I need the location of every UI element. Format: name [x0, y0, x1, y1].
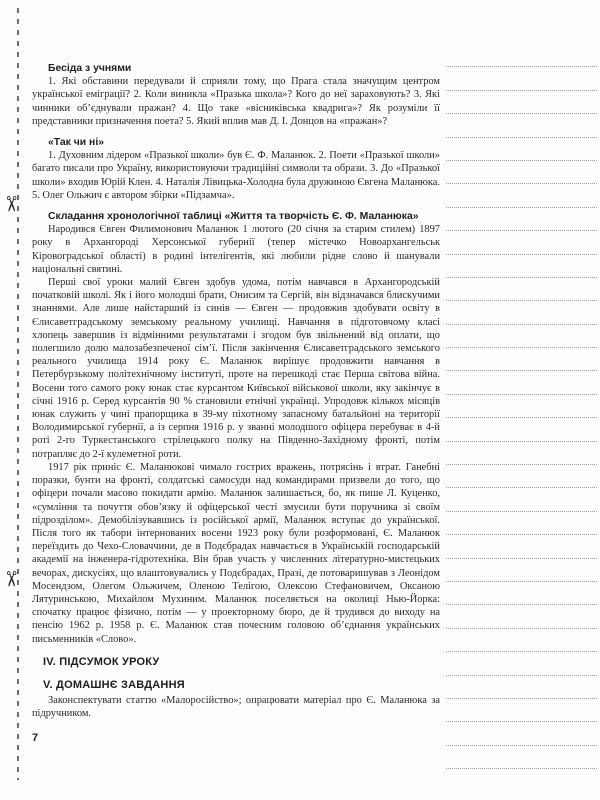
worksheet-page: ✂ ✂ Бесіда з учнями 1. Які обставини пер… [0, 0, 600, 800]
notes-ruled-line [446, 535, 597, 558]
scissors-icon: ✂ [0, 191, 24, 217]
bio-paragraph-1: Народився Євген Филимонович Маланюк 1 лю… [32, 223, 440, 276]
true-false-statements: 1. Духовним лідером «Празької школи» був… [32, 149, 440, 202]
notes-ruled-line [446, 605, 597, 628]
notes-ruled-line [446, 255, 597, 278]
notes-ruled-line [446, 67, 597, 90]
notes-ruled-line [446, 559, 597, 582]
notes-ruled-line [446, 746, 597, 769]
notes-ruled-line [446, 512, 597, 535]
notes-ruled-line [446, 348, 597, 371]
notes-ruled-line [446, 301, 597, 324]
notes-ruled-line [446, 278, 597, 301]
notes-ruled-area [446, 44, 597, 769]
notes-ruled-line [446, 722, 597, 745]
notes-ruled-line [446, 699, 597, 722]
notes-ruled-line [446, 395, 597, 418]
notes-ruled-line [446, 652, 597, 675]
notes-ruled-line [446, 676, 597, 699]
conversation-questions: 1. Які обставини передували й сприяли то… [32, 75, 440, 128]
cut-line [17, 8, 19, 780]
bio-paragraph-2: Перші свої уроки малий Євген здобув удом… [32, 276, 440, 461]
notes-ruled-line [446, 184, 597, 207]
notes-ruled-line [446, 582, 597, 605]
bio-paragraph-3: 1917 рік приніс Є. Маланюкові чимало гос… [32, 461, 440, 646]
true-false-heading: «Так чи ні» [32, 136, 440, 149]
scissors-icon: ✂ [0, 566, 24, 592]
notes-ruled-line [446, 325, 597, 348]
conversation-heading: Бесіда з учнями [32, 62, 440, 75]
notes-ruled-line [446, 44, 597, 67]
notes-ruled-line [446, 629, 597, 652]
chronology-heading: Складання хронологічної таблиці «Життя т… [32, 210, 440, 223]
homework-text: Законспектувати статтю «Малоросійство»; … [32, 694, 440, 720]
page-number: 7 [32, 732, 38, 744]
notes-ruled-line [446, 488, 597, 511]
notes-ruled-line [446, 371, 597, 394]
homework-heading: V. ДОМАШНЄ ЗАВДАННЯ [32, 679, 440, 693]
notes-ruled-line [446, 208, 597, 231]
notes-ruled-line [446, 138, 597, 161]
summary-heading: IV. ПІДСУМОК УРОКУ [32, 656, 440, 670]
notes-ruled-line [446, 91, 597, 114]
lesson-content: Бесіда з учнями 1. Які обставини передув… [32, 62, 440, 720]
notes-ruled-line [446, 418, 597, 441]
notes-ruled-line [446, 231, 597, 254]
notes-ruled-line [446, 442, 597, 465]
notes-ruled-line [446, 161, 597, 184]
notes-ruled-line [446, 114, 597, 137]
notes-ruled-line [446, 465, 597, 488]
